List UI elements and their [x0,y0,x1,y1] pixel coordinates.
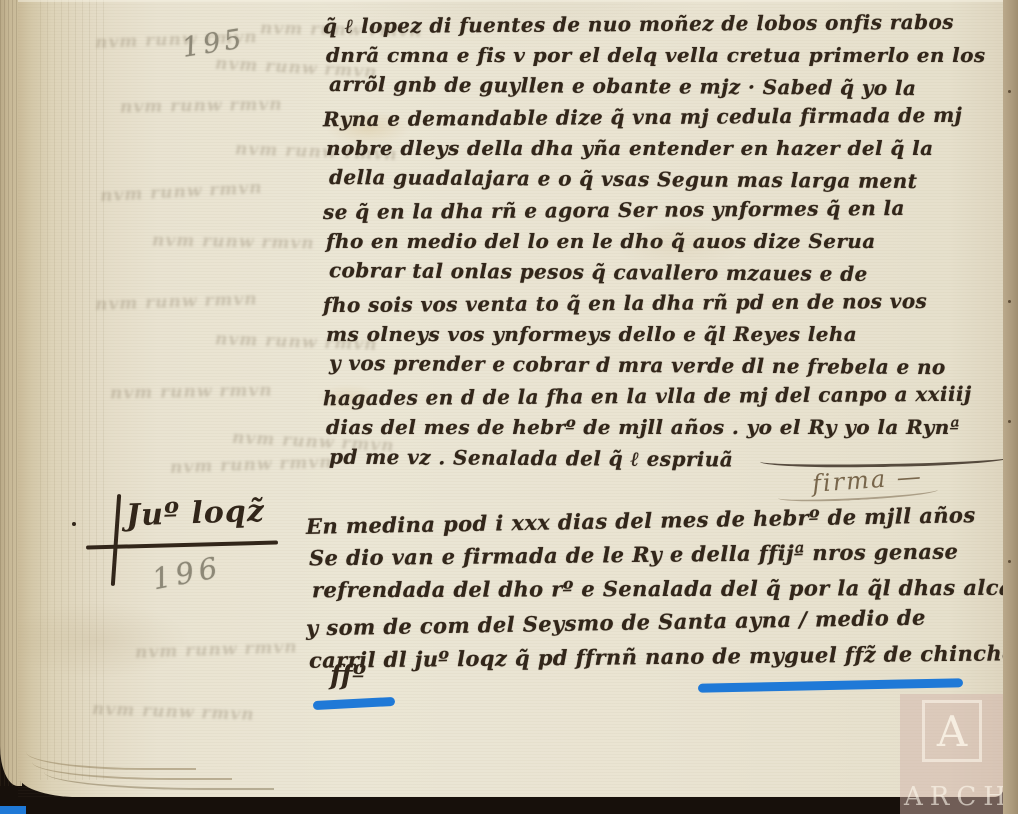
manuscript-line: y vos prender e cobrar d mra verde dl ne… [329,351,946,379]
archive-watermark: A ARCH [900,694,1004,814]
manuscript-line: pd me vz . Senalada del q̃ ℓ espriuã [329,445,733,473]
manuscript-line: q̃ ℓ lopez di fuentes de nuo moñez de lo… [323,10,954,39]
signature-ff: ffº [330,660,366,691]
margin-note: Juº loqz̃ [125,494,265,534]
manuscript-line: nobre dleys della dha yña entender en ha… [326,136,933,160]
bleed-through-mark: nvm runw rmvn [120,95,283,118]
manuscript-line: dnrã cmna e fis v por el delq vella cret… [326,43,986,67]
watermark-text: ARCH [904,782,1004,812]
margin-note-dot [72,522,76,526]
manuscript-scan: nvm runw rmvnnvm runw rmvnnvm runw rmvnn… [0,0,1018,814]
manuscript-line: refrendada del dho rº e Senalada del q̃ … [312,575,1018,602]
bleed-through-mark: nvm runw rmvn [152,231,315,254]
bleed-through-mark: nvm runw rmvn [110,381,273,404]
page-top-edge [18,0,1004,2]
manuscript-line: hagades en d de la fha en la vlla de mj … [323,382,972,411]
manuscript-line: della guadalajara e o q̃ vsas Segun mas … [329,165,917,193]
manuscript-line: ms olneys vos ynformeys dello e q̃l Reye… [326,322,857,346]
manuscript-line: fho en medio del lo en le dho q̃ auos di… [326,229,876,253]
manuscript-line: fho sois vos venta to q̃ en la dha rñ pd… [323,289,927,317]
manuscript-line: se q̃ en la dha rñ e agora Ser nos ynfor… [323,196,905,224]
watermark-letter: A [937,707,967,756]
manuscript-line: Ryna e demandable dize q̃ vna mj cedula … [323,103,962,131]
annotation-corner-mark [0,806,26,814]
manuscript-line: cobrar tal onlas pesos q̃ cavallero mzau… [329,258,868,286]
book-fore-edge [1003,0,1018,814]
manuscript-line: dias del mes de hebrº de mjll años . yo … [326,415,960,439]
watermark-frame: A [922,700,982,762]
manuscript-line: arrõl gnb de guyllen e obante e mjz · Sa… [329,72,916,100]
